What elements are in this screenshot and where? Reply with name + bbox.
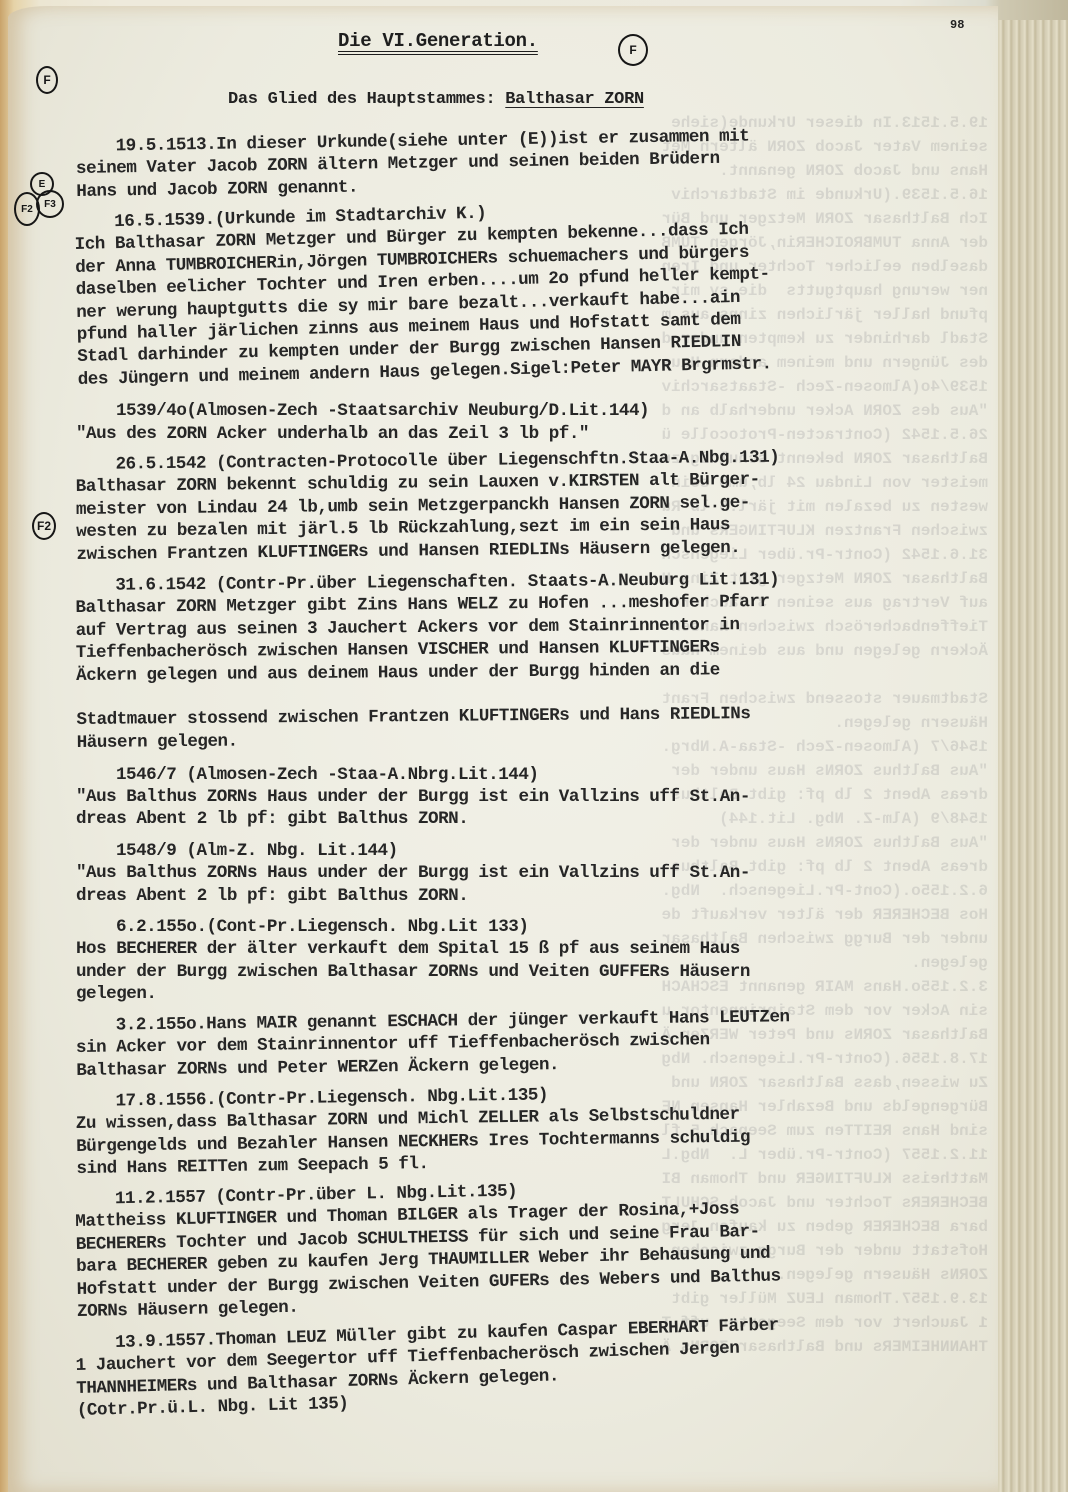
subtitle: Das Glied des Hauptstammes: Balthasar ZO… [228,90,644,109]
entry-heading-line: 1546/7 (Almosen-Zech -Staa-A.Nbrg.Lit.14… [76,764,996,786]
margin-marker-f3: F3 [36,190,64,218]
document-entry: 19.5.1513.In dieser Urkunde(siehe unter … [75,122,996,204]
document-entry: 1548/9 (Alm-Z. Nbg. Lit.144)"Aus Balthus… [76,840,996,907]
document-entry: 3.2.155o.Hans MAIR genannt ESCHACH der j… [76,1003,997,1081]
margin-marker-f: F [36,66,58,94]
entry-text-line: gelegen. [76,983,996,1005]
entry-text-line: "Aus Balthus ZORNs Haus under der Burgg … [76,862,996,884]
document-entry: 31.6.1542 (Contr-Pr.über Liegenschaften.… [75,567,997,754]
entry-text-line: dreas Abent 2 lb pf: gibt Balthus ZORN. [76,885,996,907]
document-entry: 1546/7 (Almosen-Zech -Staa-A.Nbrg.Lit.14… [76,764,996,831]
entry-heading-line: 1548/9 (Alm-Z. Nbg. Lit.144) [76,840,996,862]
document-entry: 6.2.155o.(Cont-Pr.Liegensch. Nbg.Lit 133… [76,916,996,1006]
document-entry: 26.5.1542 (Contracten-Protocolle über Li… [75,445,996,567]
margin-marker-f2-second: F2 [32,512,56,540]
entry-text-line: "Aus des ZORN Acker underhalb an das Zei… [76,423,996,445]
document-body: 19.5.1513.In dieser Urkunde(siehe unter … [76,136,996,1432]
entry-text-line: Hos BECHERER der älter verkauft dem Spit… [76,938,996,960]
subtitle-prefix: Das Glied des Hauptstammes: [228,90,495,109]
page-number: 98 [950,18,964,32]
entry-text-line: dreas Abent 2 lb pf: gibt Balthus ZORN. [76,808,996,830]
document-entry: 1539/4o(Almosen-Zech -Staatsarchiv Neubu… [76,400,996,445]
document-entry: 16.5.1539.(Urkunde im Stadtarchiv K.)Ich… [74,191,998,391]
entry-text-line: under der Burgg zwischen Balthasar ZORNs… [76,961,996,983]
book-photo: 19.5.1513.In dieser Urkunde(siehe seinem… [0,0,1068,1492]
subtitle-name: Balthasar ZORN [505,90,644,109]
entry-heading-line: 6.2.155o.(Cont-Pr.Liegensch. Nbg.Lit 133… [76,916,996,938]
document-entry: 11.2.1557 (Contr-Pr.über L. Nbg.Lit.135)… [75,1172,997,1324]
document-entry: 13.9.1557.Thoman LEUZ Müller gibt zu kau… [75,1309,997,1423]
page-title: Die VI.Generation. [338,30,538,52]
entry-heading-line: 1539/4o(Almosen-Zech -Staatsarchiv Neubu… [76,400,996,422]
page-edges [998,20,1068,1492]
circled-marker-title: F [618,34,648,66]
document-entry: 17.8.1556.(Contr-Pr.Liegensch. Nbg.Lit.1… [75,1078,996,1180]
entry-text-line: "Aus Balthus ZORNs Haus under der Burgg … [76,786,996,808]
